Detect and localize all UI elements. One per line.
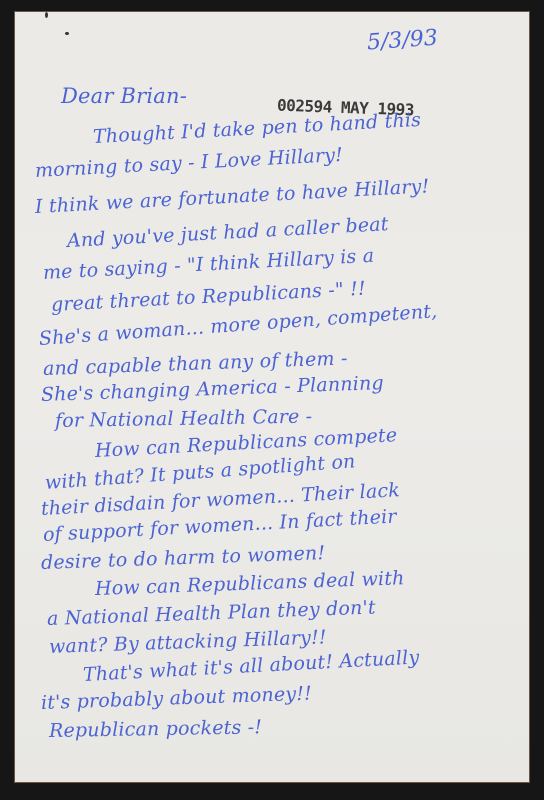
letter-line: I think we are fortunate to have Hillary… xyxy=(34,175,430,218)
letter-line: a National Health Plan they don't xyxy=(47,597,377,630)
letter-line: it's probably about money!! xyxy=(41,683,313,714)
letter-line: How can Republicans deal with xyxy=(95,567,405,600)
ink-speck xyxy=(45,12,48,18)
letter-line: Thought I'd take pen to hand this xyxy=(92,109,421,148)
letter-line: for National Health Care - xyxy=(55,406,313,432)
letter-page: 5/3/93 Dear Brian- 002594 MAY 1993 Thoug… xyxy=(15,12,529,782)
ink-speck xyxy=(65,32,69,35)
letter-line: Republican pockets -! xyxy=(49,716,263,742)
letter-date: 5/3/93 xyxy=(366,26,438,56)
salutation: Dear Brian- xyxy=(61,84,187,108)
letter-line: desire to do harm to women! xyxy=(41,542,326,574)
letter-line: morning to say - I Love Hillary! xyxy=(34,144,343,182)
